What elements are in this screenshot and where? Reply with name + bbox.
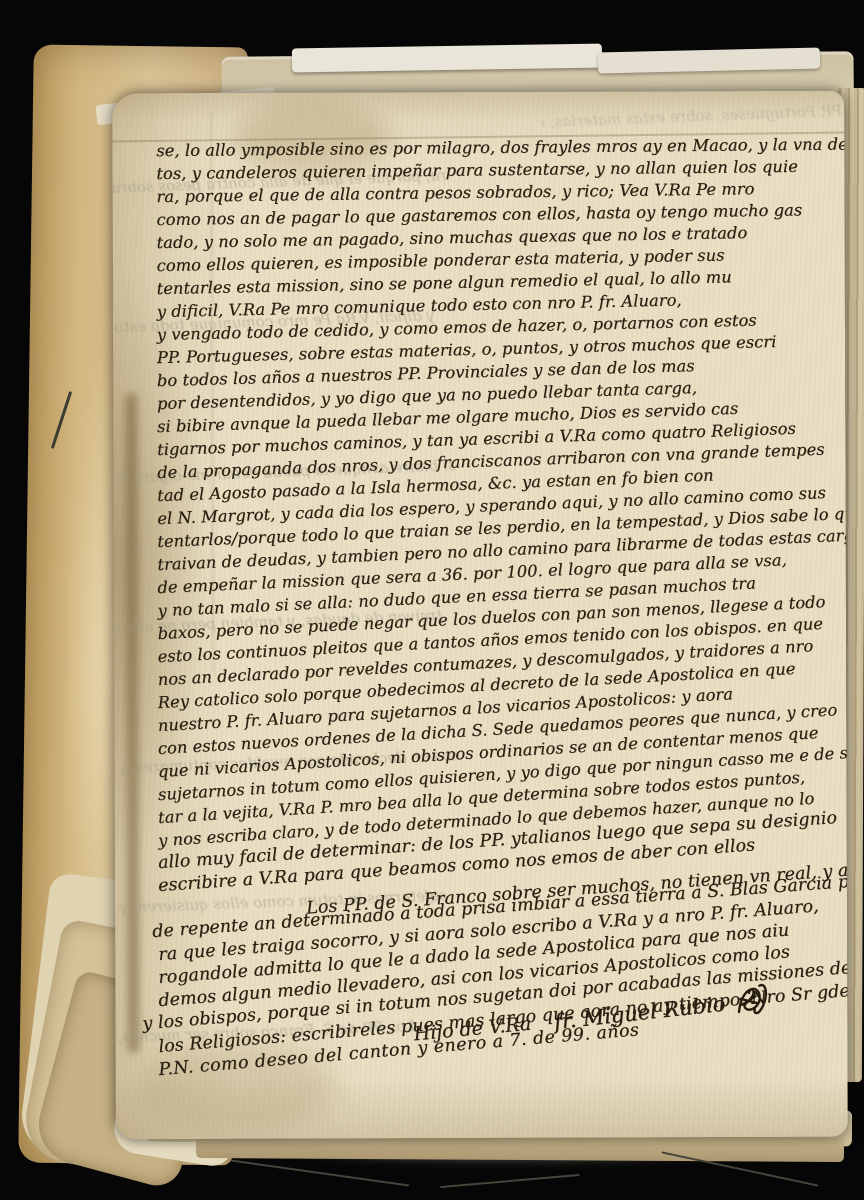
binding-thread [440, 1174, 580, 1188]
signature-rubric-icon [729, 978, 773, 1024]
manuscript-page: ra, porque el que de alla contra pesos s… [112, 91, 848, 1140]
binding-thread [231, 1159, 410, 1186]
manuscript-photo: ra, porque el que de alla contra pesos s… [0, 0, 864, 1200]
manuscript-text: se, lo allo ymposible sino es por milagr… [156, 137, 847, 1082]
bleed-through-line: PP. Portugueses, sobre estas materias, o… [542, 102, 842, 132]
page-edge-strip [292, 44, 602, 73]
